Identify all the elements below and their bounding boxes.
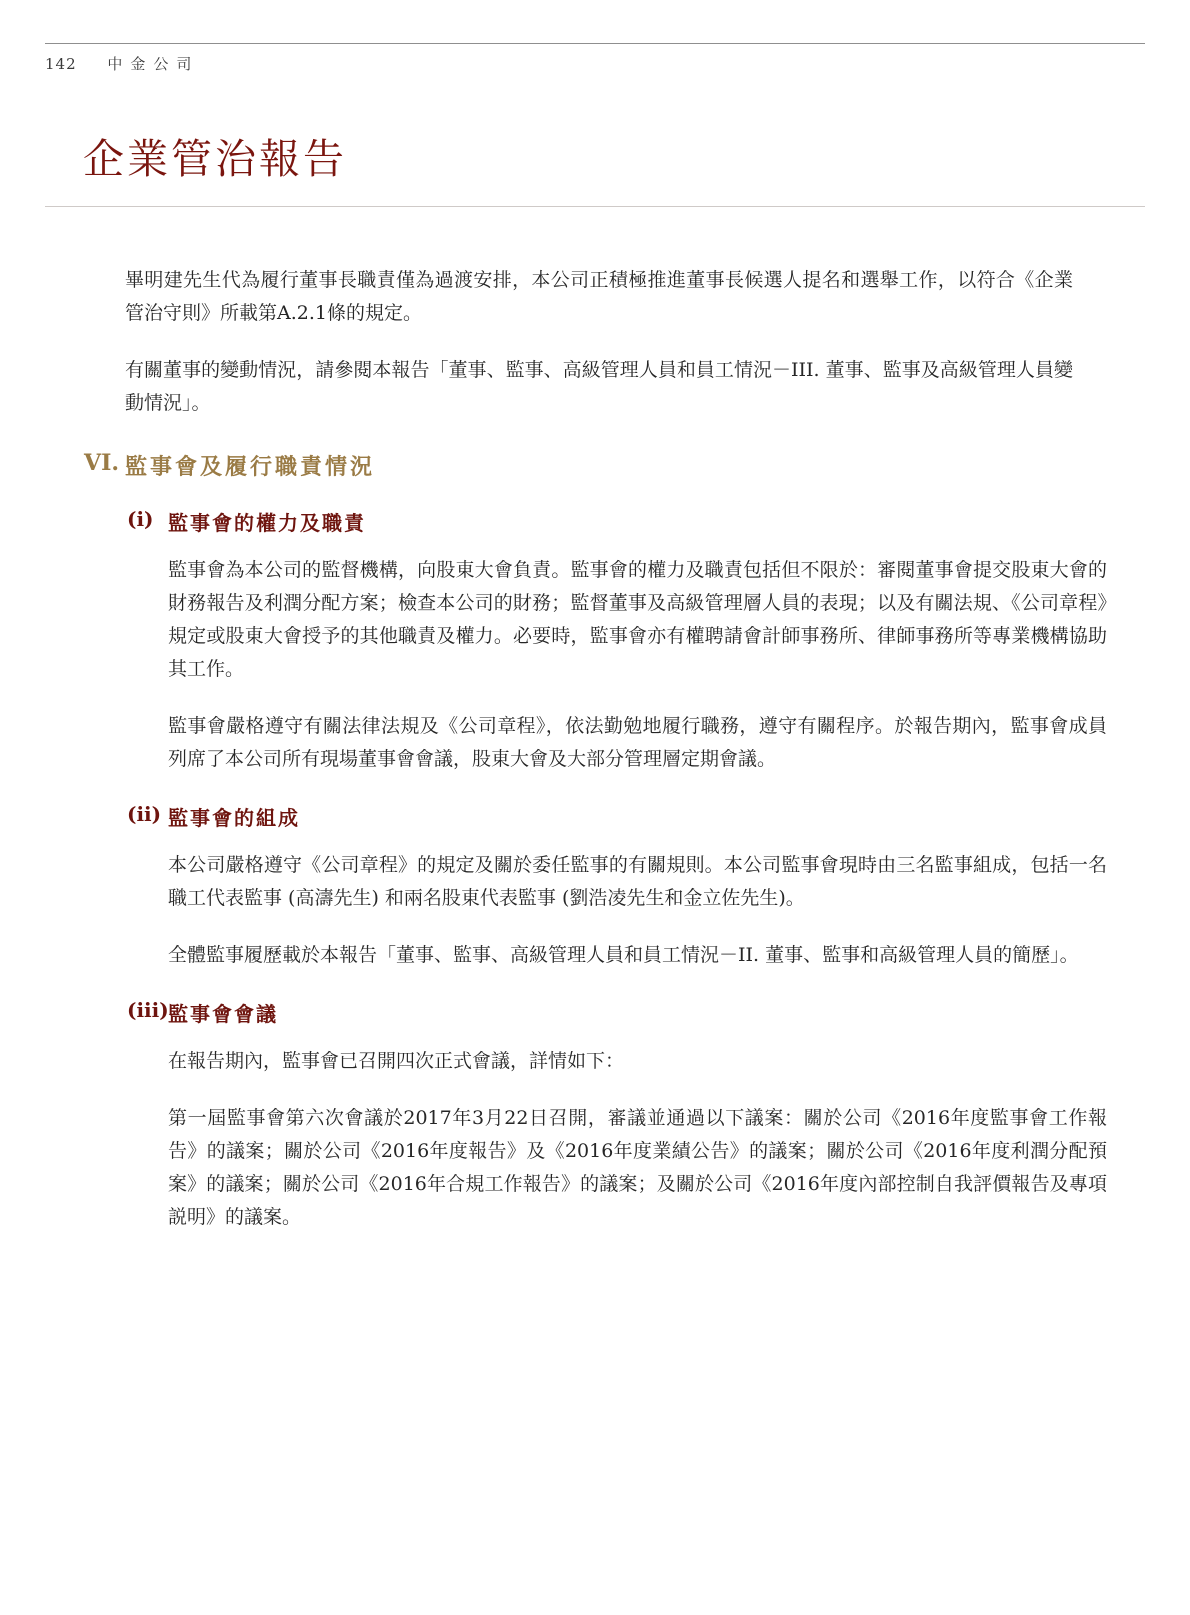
subsection-ii-paragraph-1: 本公司嚴格遵守《公司章程》的規定及關於委任監事的有關規則。本公司監事會現時由三名…: [168, 849, 1107, 915]
subsection-ii-paragraph-2: 全體監事履歷載於本報告「董事、監事、高級管理人員和員工情況－II. 董事、監事和…: [168, 939, 1107, 972]
page-number: 142: [45, 55, 77, 73]
intro-paragraph-1: 畢明建先生代為履行董事長職責僅為過渡安排，本公司正積極推進董事長候選人提名和選舉…: [125, 264, 1073, 330]
subsection-iii-label: (iii): [127, 998, 168, 1027]
subsection-i-label: (i): [127, 507, 168, 536]
page-header: 142 中金公司: [45, 43, 1145, 74]
section-vi-heading: VI. 監事會及履行職責情況: [84, 450, 1145, 481]
document-page: 142 中金公司 企業管治報告 畢明建先生代為履行董事長職責僅為過渡安排，本公司…: [0, 0, 1190, 1615]
company-name: 中金公司: [107, 55, 199, 73]
subsection-iii: (iii) 監事會會議 在報告期內，監事會已召開四次正式會議，詳情如下： 第一屆…: [45, 998, 1145, 1234]
subsection-ii: (ii) 監事會的組成 本公司嚴格遵守《公司章程》的規定及關於委任監事的有關規則…: [45, 802, 1145, 972]
header-row: 142 中金公司: [45, 44, 1145, 74]
section-title: 監事會及履行職責情況: [125, 450, 375, 481]
subsection-ii-title: 監事會的組成: [168, 802, 300, 831]
subsection-i: (i) 監事會的權力及職責 監事會為本公司的監督機構，向股東大會負責。監事會的權…: [45, 507, 1145, 776]
intro-paragraph-2: 有關董事的變動情況，請參閱本報告「董事、監事、高級管理人員和員工情況－III. …: [125, 354, 1073, 420]
subsection-i-heading: (i) 監事會的權力及職責: [127, 507, 1145, 536]
subsection-iii-paragraph-1: 在報告期內，監事會已召開四次正式會議，詳情如下：: [168, 1045, 1107, 1078]
subsection-ii-heading: (ii) 監事會的組成: [127, 802, 1145, 831]
subsection-ii-label: (ii): [127, 802, 168, 831]
subsection-iii-title: 監事會會議: [168, 998, 278, 1027]
subsection-i-paragraph-2: 監事會嚴格遵守有關法律法規及《公司章程》，依法勤勉地履行職務，遵守有關程序。於報…: [168, 710, 1107, 776]
subsection-i-paragraph-1: 監事會為本公司的監督機構，向股東大會負責。監事會的權力及職責包括但不限於：審閱董…: [168, 554, 1107, 686]
section-number: VI.: [84, 450, 125, 481]
report-body: 畢明建先生代為履行董事長職責僅為過渡安排，本公司正積極推進董事長候選人提名和選舉…: [45, 207, 1145, 1234]
page-title: 企業管治報告: [83, 126, 1145, 185]
subsection-iii-heading: (iii) 監事會會議: [127, 998, 1145, 1027]
subsection-i-title: 監事會的權力及職責: [168, 507, 366, 536]
subsection-iii-paragraph-2: 第一屆監事會第六次會議於2017年3月22日召開，審議並通過以下議案：關於公司《…: [168, 1102, 1107, 1234]
